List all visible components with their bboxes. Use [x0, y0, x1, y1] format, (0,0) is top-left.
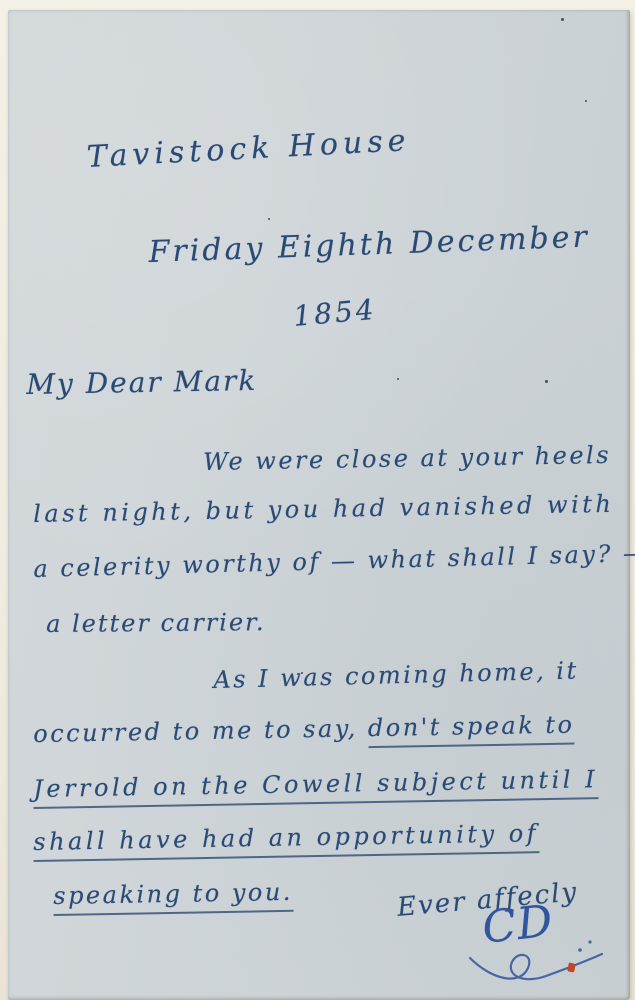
letter-salutation: My Dear Mark: [26, 364, 258, 401]
paper-speck: [301, 672, 303, 674]
paragraph2-line5-underlined: speaking to you.: [53, 878, 293, 916]
paper-speck: [561, 18, 564, 21]
scanned-letter-page: Tavistock House Friday Eighth December 1…: [0, 0, 635, 1000]
signature-flourish-icon: [462, 928, 612, 996]
paper-speck: [585, 100, 587, 102]
paragraph2-line5: speaking to you.: [53, 878, 293, 910]
paper-speck: [268, 218, 270, 220]
paragraph2-line2-plain: occurred to me to say,: [33, 714, 368, 748]
paragraph2-line2-underlined-phrase: don't speak to: [368, 711, 575, 749]
paper-speck: [545, 380, 548, 383]
paragraph1-line4: a letter carrier.: [46, 608, 266, 638]
paper-speck: [397, 378, 399, 380]
